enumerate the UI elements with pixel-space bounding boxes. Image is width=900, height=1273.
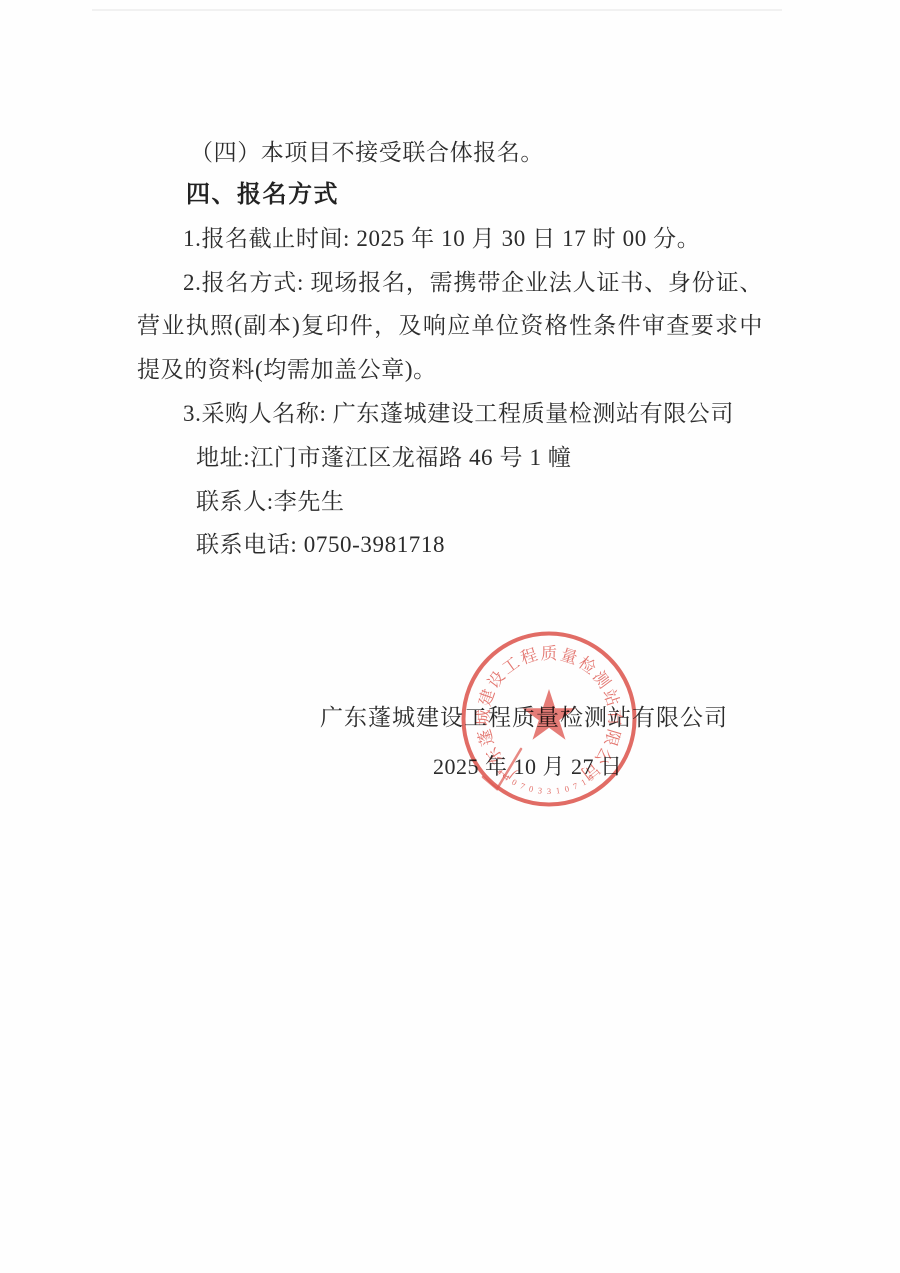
section-heading-registration-method: 四、报名方式 [186,180,339,210]
registration-deadline: 1.报名截止时间: 2025 年 10 月 30 日 17 时 00 分。 [183,224,700,254]
seal-code-digit: 0 [564,783,571,794]
seal-star-icon [522,689,575,740]
contact-phone: 联系电话: 0750-3981718 [196,530,445,560]
registration-method-line2: 营业执照(副本)复印件，及响应单位资格性条件审查要求中 [137,311,763,341]
scan-artifact-line [92,9,782,11]
seal-company-char: 限 [601,727,624,748]
seal-code-digit: 7 [519,781,527,792]
seal-company-char: 有 [605,709,624,726]
seal-company-char: 城 [474,709,493,726]
clause-no-consortium: （四）本项目不接受联合体报名。 [190,138,544,168]
purchaser-name: 3.采购人名称: 广东蓬城建设工程质量检测站有限公司 [183,399,734,429]
seal-company-char: 质 [541,644,558,663]
seal-code-digit: 0 [528,783,535,794]
seal-code-digit: 7 [572,781,580,792]
seal-code-digit: 3 [537,785,542,795]
document-page: （四）本项目不接受联合体报名。 四、报名方式 1.报名截止时间: 2025 年 … [0,0,900,1273]
registration-method-line3: 提及的资料(均需加盖公章)。 [137,355,437,385]
seal-company-char: 站 [599,687,622,709]
seal-code-digit: 1 [555,785,560,795]
seal-company-char: 程 [518,645,540,668]
seal-code-digit: 3 [547,786,551,796]
company-seal-stamp: 广东蓬城建设工程质量检测站有限公司4407033107191 [457,627,641,811]
seal-company-char: 蓬 [475,727,498,748]
purchaser-address: 地址:江门市蓬江区龙福路 46 号 1 幢 [196,443,572,473]
contact-person: 联系人:李先生 [196,487,345,517]
registration-method-line1: 2.报名方式: 现场报名，需携带企业法人证书、身份证、 [183,268,763,298]
